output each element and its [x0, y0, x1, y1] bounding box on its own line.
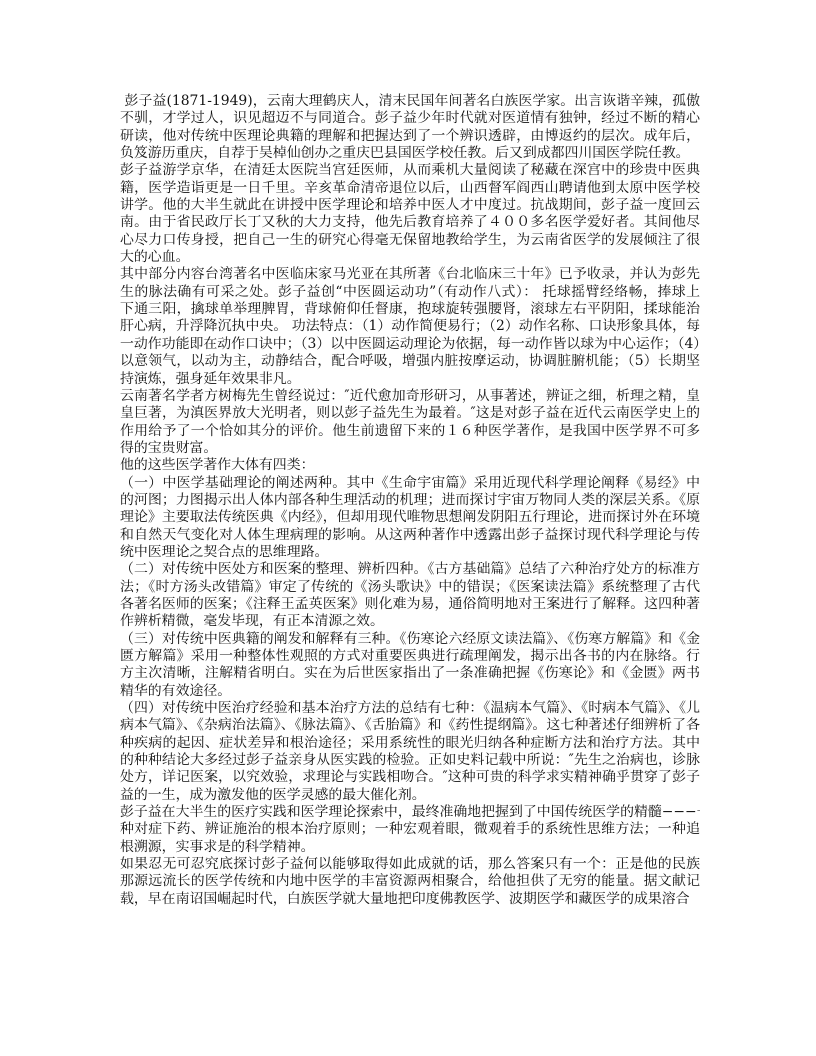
text-line: 得的宝贵财富。	[120, 440, 700, 457]
paragraph-categories-intro: 他的这些医学著作大体有四类：	[120, 457, 700, 474]
text-line: 的河图；力图揭示出人体内部各种生理活动的机理；进而探讨宇宙万物同人类的深层关系。…	[120, 492, 700, 509]
text-line: 下通三阳，擒球单举理脾胃，背球俯仰任督康，抱球旋转强腰肾，滚球左右平阴阳，揉球能…	[120, 301, 700, 318]
document-page: 彭子益(1871-1949)，云南大理鹤庆人，清末民国年间著名白族医学家。出言诙…	[120, 93, 700, 908]
paragraph-career: 彭子益游学京华，在清廷太医院当宫廷医师，从而乘机大量阅读了秘藏在深宫中的珍贵中医…	[120, 162, 700, 266]
paragraph-origins: 如果忍无可忍究底探讨彭子益何以能够取得如此成就的话，那么答案只有一个：正是他的民…	[120, 856, 700, 908]
text-line: 如果忍无可忍究底探讨彭子益何以能够取得如此成就的话，那么答案只有一个：正是他的民…	[120, 856, 700, 873]
paragraph-essence: 彭子益在大半生的医疗实践和医学理论探索中，最终准确地把握到了中国传统医学的精髓−…	[120, 804, 700, 856]
text-line: 生的脉法确有可采之处。彭子益创“中医圆运动功”（有动作八式）： 托球摇臂经络畅，…	[120, 284, 700, 301]
text-line: 南。由于省民政厅长丁又秋的大力支持，他先后教育培养了４００多名医学爱好者。其间他…	[120, 214, 700, 231]
text-line: 处方，详记医案，以究效验，求理论与实践相吻合。″这种可贵的科学求实精神确乎贯穿了…	[120, 769, 700, 786]
text-line: 彭子益(1871-1949)，云南大理鹤庆人，清末民国年间著名白族医学家。出言诙…	[120, 93, 700, 110]
text-line: 那源远流长的医学传统和内地中医学的丰富资源两相聚合，给他担供了无穷的能量。据文献…	[120, 873, 700, 890]
paragraph-exercise: 其中部分内容台湾著名中医临床家马光亚在其所著《台北临床三十年》已予收录，并认为彭…	[120, 266, 700, 387]
text-line: 理论》主要取法传统医典《内经》，但却用现代唯物思想阐发阴阳五行理论，进而探讨外在…	[120, 509, 700, 526]
text-line: 负笈游历重庆，自荐于吴棹仙创办之重庆巴县国医学校任教。后又到成都四川国医学院任教…	[120, 145, 700, 162]
text-line: 云南著名学者方树梅先生曾经说过：″近代愈加奇形研习，从事著述，辨证之细，析理之精…	[120, 388, 700, 405]
text-line: 他的这些医学著作大体有四类：	[120, 457, 700, 474]
text-line: 讲学。他的大半生就此在讲授中医学理论和培养中医人才中度过。抗战期间，彭子益一度回…	[120, 197, 700, 214]
text-line: 的种种结论大多经过彭子益亲身从医实践的检验。正如史料记载中所说：″先生之治病也，…	[120, 752, 700, 769]
text-line: 和自然天气变化对人体生理病理的影响。从这两种著作中透露出彭子益探讨现代科学理论与…	[120, 527, 700, 544]
text-line: 以意领气，以动为主，动静结合，配合呼吸，增强内脏按摩运动，协调脏腑机能；（5）长…	[120, 353, 700, 370]
text-line: 皇巨著，为滇医界放大光明者，则以彭子益先生为最着。″这是对彭子益在近代云南医学史…	[120, 405, 700, 422]
text-line: 各著名医师的医案；《注释王孟英医案》则化难为易，通俗简明地对王案进行了解释。这四…	[120, 596, 700, 613]
text-line: 一动作功能即在动作口诀中；（3）以中医圆运动理论为依据，每一动作皆以球为中心运作…	[120, 336, 700, 353]
text-line: 心尽力口传身授，把自己一生的研究心得毫无保留地教给学生，为云南省医学的发展倾注了…	[120, 232, 700, 249]
text-line: 其中部分内容台湾著名中医临床家马光亚在其所著《台北临床三十年》已予收录，并认为彭…	[120, 266, 700, 283]
text-line: （三）对传统中医典籍的阐发和解释有三种。《伤寒论六经原文读法篇》、《伤寒方解篇》…	[120, 631, 700, 648]
paragraph-category-2: （二）对传统中医处方和医案的整理、辨析四种。《古方基础篇》总结了六种治疗处方的标…	[120, 561, 700, 630]
paragraph-category-1: （一）中医学基础理论的阐述两种。其中《生命宇宙篇》采用近现代科学理论阐释《易经》…	[120, 475, 700, 562]
text-line: （一）中医学基础理论的阐述两种。其中《生命宇宙篇》采用近现代科学理论阐释《易经》…	[120, 475, 700, 492]
text-line: 统中医理论之契合点的思维理路。	[120, 544, 700, 561]
text-line: 大的心血。	[120, 249, 700, 266]
text-line: 匮方解篇》采用一种整体性观照的方式对重要医典进行疏理阐发，揭示出各书的内在脉络。…	[120, 648, 700, 665]
text-line: 精华的有效途径。	[120, 683, 700, 700]
text-line: 益的一生，成为激发他的医学灵感的最大催化剂。	[120, 787, 700, 804]
text-line: 作辨析精微，毫发毕现，有正本清源之效。	[120, 613, 700, 630]
text-line: （四）对传统中医治疗经验和基本治疗方法的总结有七种：《温病本气篇》、《时病本气篇…	[120, 700, 700, 717]
text-line: 彭子益游学京华，在清廷太医院当宫廷医师，从而乘机大量阅读了秘藏在深宫中的珍贵中医…	[120, 162, 700, 179]
text-line: 种对症下药、辨证施治的根本治疗原则；一种宏观着眼，微观着手的系统性思维方法；一种…	[120, 821, 700, 838]
text-line: 籍，医学造诣更是一日千里。辛亥革命清帝退位以后，山西督军阎西山聘请他到太原中医学…	[120, 180, 700, 197]
text-line: 彭子益在大半生的医疗实践和医学理论探索中，最终准确地把握到了中国传统医学的精髓−…	[120, 804, 700, 821]
paragraph-evaluation: 云南著名学者方树梅先生曾经说过：″近代愈加奇形研习，从事著述，辨证之细，析理之精…	[120, 388, 700, 457]
text-line: 持演炼，强身延年效果非凡。	[120, 371, 700, 388]
text-line: 载，早在南诏国崛起时代，白族医学就大量地把印度佛教医学、波期医学和藏医学的成果溶…	[120, 891, 700, 908]
text-line: 种疾病的起因、症状差异和根治途径；采用系统性的眼光归纳各种症断方法和治疗方法。其…	[120, 735, 700, 752]
text-line: 法；《时方汤头改错篇》审定了传统的《汤头歌诀》中的错误；《医案读法篇》系统整理了…	[120, 579, 700, 596]
text-line: 病本气篇》、《杂病治法篇》、《脉法篇》、《舌胎篇》和《药性提纲篇》。这七种著述仔…	[120, 717, 700, 734]
text-line: 根溯源，实事求是的科学精神。	[120, 839, 700, 856]
text-line: 方主次清晰，注解精省明白。实在为后世医家指出了一条准确把握《伤寒论》和《金匮》两…	[120, 665, 700, 682]
text-line: 研读，他对传统中医理论典籍的理解和把握达到了一个辨识透辟，由博返约的层次。成年后…	[120, 128, 700, 145]
paragraph-category-3: （三）对传统中医典籍的阐发和解释有三种。《伤寒论六经原文读法篇》、《伤寒方解篇》…	[120, 631, 700, 700]
text-line: 不驯，才学过人，识见超迈不与同道合。彭子益少年时代就对医道情有独钟，经过不断的精…	[120, 110, 700, 127]
text-line: （二）对传统中医处方和医案的整理、辨析四种。《古方基础篇》总结了六种治疗处方的标…	[120, 561, 700, 578]
paragraph-intro: 彭子益(1871-1949)，云南大理鹤庆人，清末民国年间著名白族医学家。出言诙…	[120, 93, 700, 162]
text-line: 作用给予了一个恰如其分的评价。他生前遗留下来的１６种医学著作，是我国中医学界不可…	[120, 423, 700, 440]
paragraph-category-4: （四）对传统中医治疗经验和基本治疗方法的总结有七种：《温病本气篇》、《时病本气篇…	[120, 700, 700, 804]
text-line: 肝心病，升浮降沉执中央。 功法特点：（1）动作简便易行；（2）动作名称、口诀形象…	[120, 318, 700, 335]
